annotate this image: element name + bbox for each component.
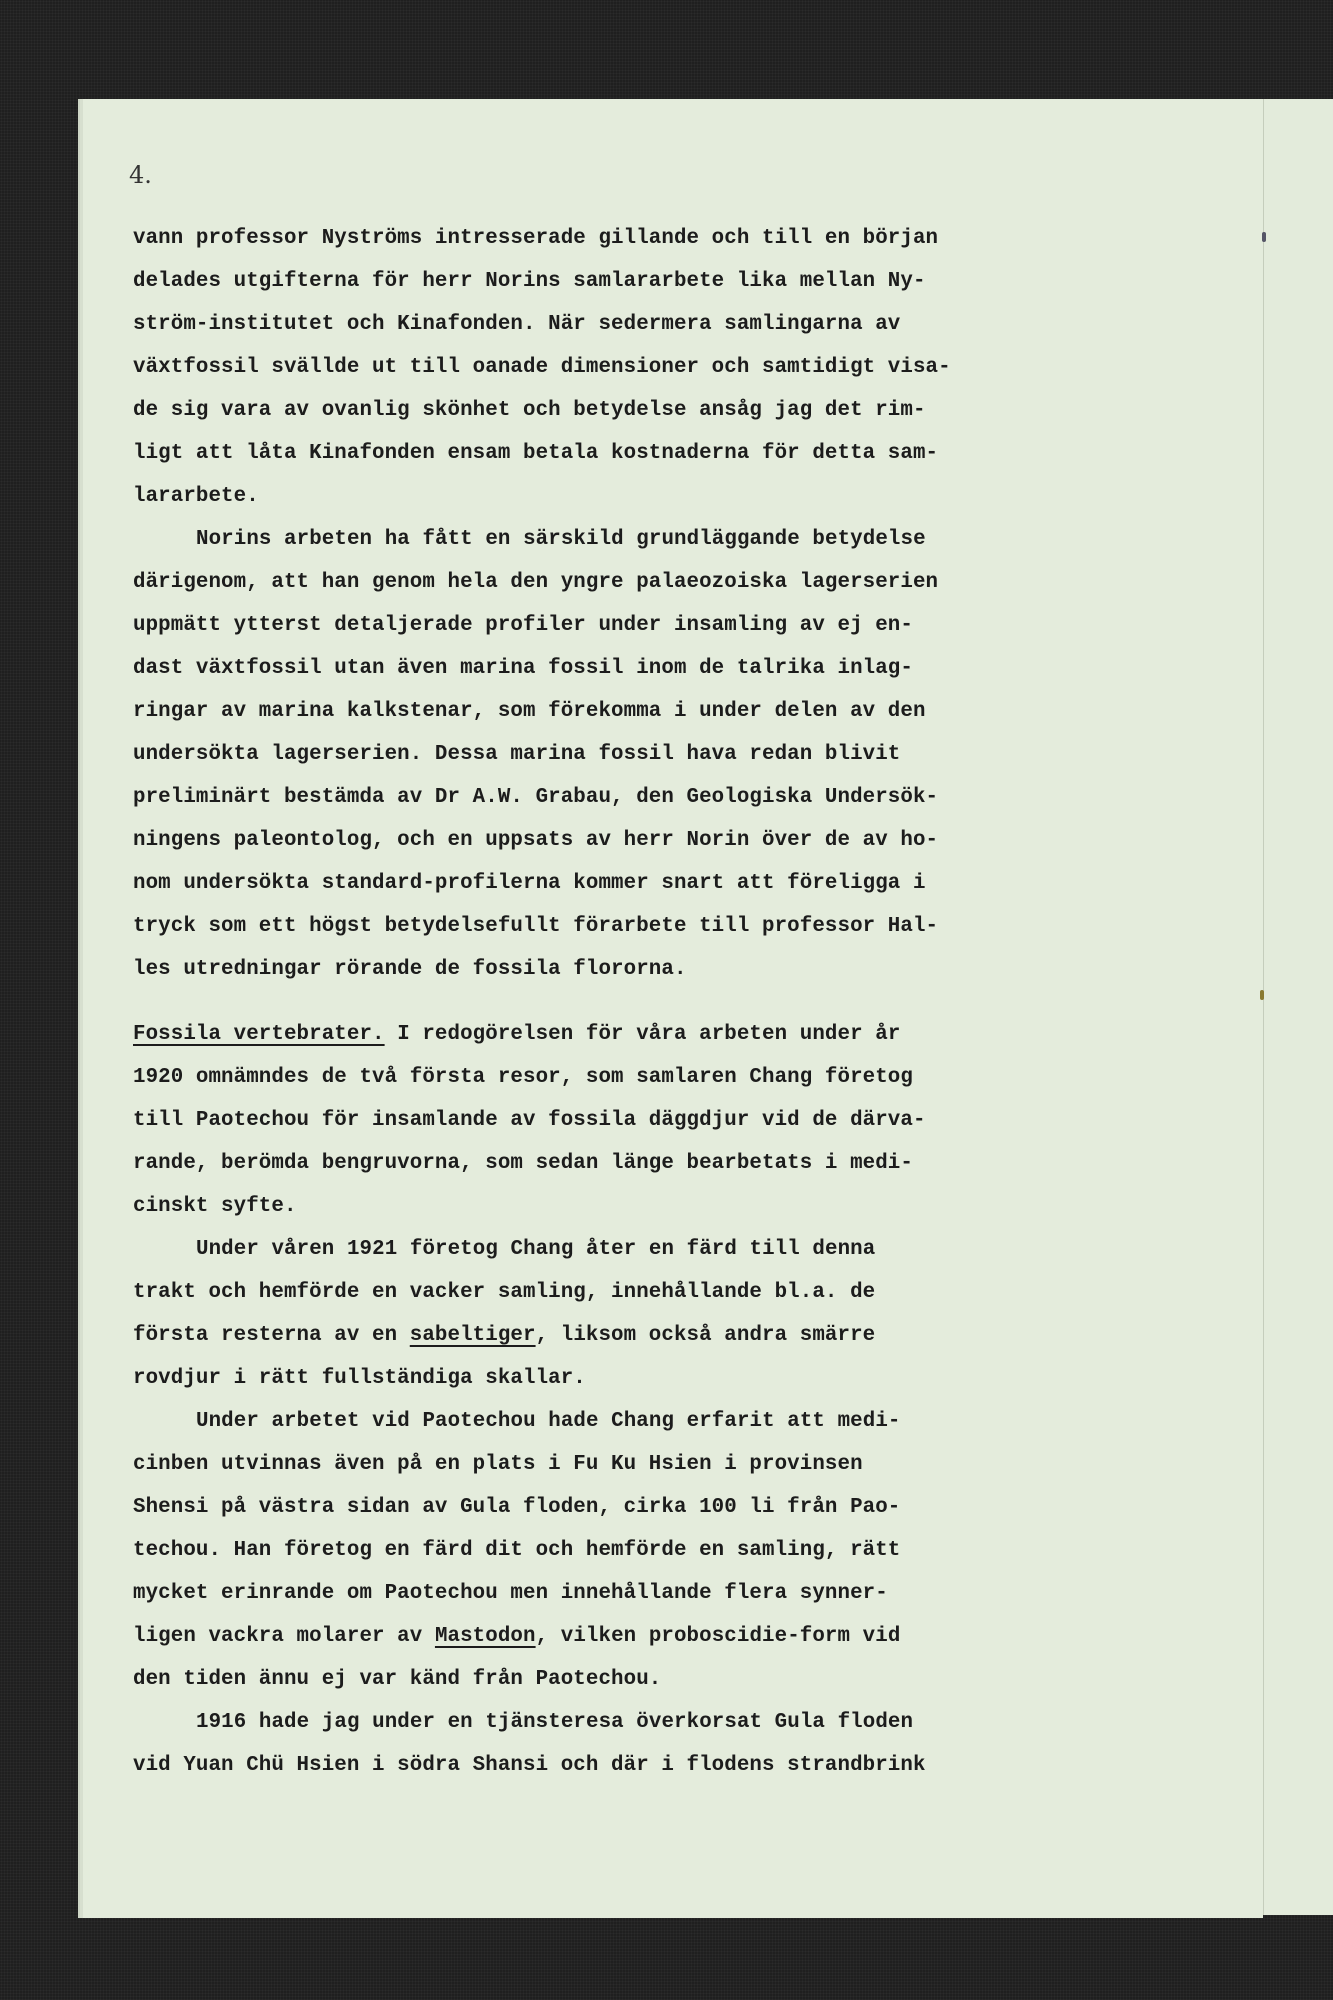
text-segment: , liksom också andra smärre <box>536 1324 876 1347</box>
underlined-term: sabeltiger <box>410 1324 536 1347</box>
paragraph: Fossila vertebrater. I redogörelsen för … <box>133 1013 1133 1228</box>
text-segment: första resterna av en <box>133 1324 410 1347</box>
text-line: techou. Han företog en färd dit och hemf… <box>133 1529 1133 1572</box>
text-line: tryck som ett högst betydelsefullt förar… <box>133 905 1133 948</box>
text-line: lararbete. <box>133 475 1133 518</box>
text-segment: ringar av marina kalkstenar, som förekom… <box>133 700 926 723</box>
text-line: ligt att låta Kinafonden ensam betala ko… <box>133 432 1133 475</box>
text-segment: ningens paleontolog, och en uppsats av h… <box>133 829 938 852</box>
text-line: trakt och hemförde en vacker samling, in… <box>133 1271 1133 1314</box>
paragraph: vann professor Nyströms intresserade gil… <box>133 217 1133 518</box>
underlined-term: Mastodon <box>435 1625 536 1648</box>
text-line: uppmätt ytterst detaljerade profiler und… <box>133 604 1133 647</box>
text-segment: Shensi på västra sidan av Gula floden, c… <box>133 1496 900 1519</box>
text-segment: vann professor Nyströms intresserade gil… <box>133 227 938 250</box>
section-heading: Fossila vertebrater. <box>133 1023 385 1046</box>
text-segment: rande, berömda bengruvorna, som sedan lä… <box>133 1152 913 1175</box>
text-line: växtfossil svällde ut till oanade dimens… <box>133 346 1133 389</box>
text-segment: cinskt syfte. <box>133 1195 297 1218</box>
document-page: 4. vann professor Nyströms intresserade … <box>83 99 1263 1918</box>
text-segment: les utredningar rörande de fossila floro… <box>133 958 687 981</box>
text-line: ligen vackra molarer av Mastodon, vilken… <box>133 1615 1133 1658</box>
text-segment: undersökta lagerserien. Dessa marina fos… <box>133 743 900 766</box>
ink-mark <box>1262 232 1266 242</box>
text-line: första resterna av en sabeltiger, liksom… <box>133 1314 1133 1357</box>
text-segment: trakt och hemförde en vacker samling, in… <box>133 1281 875 1304</box>
text-line: ningens paleontolog, och en uppsats av h… <box>133 819 1133 862</box>
text-segment: ligen vackra molarer av <box>133 1625 435 1648</box>
text-line: ringar av marina kalkstenar, som förekom… <box>133 690 1133 733</box>
text-line: rande, berömda bengruvorna, som sedan lä… <box>133 1142 1133 1185</box>
ink-mark <box>1260 990 1264 1000</box>
text-line: de sig vara av ovanlig skönhet och betyd… <box>133 389 1133 432</box>
page-number: 4. <box>129 161 152 189</box>
text-segment: ström-institutet och Kinafonden. När sed… <box>133 313 900 336</box>
text-segment: Under våren 1921 företog Chang åter en f… <box>196 1238 875 1261</box>
text-segment: vid Yuan Chü Hsien i södra Shansi och dä… <box>133 1754 926 1777</box>
text-line: till Paotechou för insamlande av fossila… <box>133 1099 1133 1142</box>
paragraph: Under arbetet vid Paotechou hade Chang e… <box>133 1400 1133 1701</box>
text-segment: Norins arbeten ha fått en särskild grund… <box>196 528 926 551</box>
text-segment: cinben utvinnas även på en plats i Fu Ku… <box>133 1453 863 1476</box>
text-segment: , vilken proboscidie-form vid <box>536 1625 901 1648</box>
text-segment: lararbete. <box>133 485 259 508</box>
text-line: ström-institutet och Kinafonden. När sed… <box>133 303 1133 346</box>
text-segment: ligt att låta Kinafonden ensam betala ko… <box>133 442 938 465</box>
text-line: vann professor Nyströms intresserade gil… <box>133 217 1133 260</box>
text-line: les utredningar rörande de fossila floro… <box>133 948 1133 991</box>
text-line: delades utgifterna för herr Norins samla… <box>133 260 1133 303</box>
text-segment: mycket erinrande om Paotechou men innehå… <box>133 1582 888 1605</box>
text-line: den tiden ännu ej var känd från Paotecho… <box>133 1658 1133 1701</box>
text-line: 1916 hade jag under en tjänsteresa överk… <box>133 1701 1133 1744</box>
text-segment: delades utgifterna för herr Norins samla… <box>133 270 926 293</box>
text-segment: techou. Han företog en färd dit och hemf… <box>133 1539 900 1562</box>
paragraph: Norins arbeten ha fått en särskild grund… <box>133 518 1133 991</box>
text-line: cinskt syfte. <box>133 1185 1133 1228</box>
text-line: Under våren 1921 företog Chang åter en f… <box>133 1228 1133 1271</box>
text-line: mycket erinrande om Paotechou men innehå… <box>133 1572 1133 1615</box>
text-line: Shensi på västra sidan av Gula floden, c… <box>133 1486 1133 1529</box>
text-segment: 1920 omnämndes de två första resor, som … <box>133 1066 913 1089</box>
text-line: Norins arbeten ha fått en särskild grund… <box>133 518 1133 561</box>
text-segment: rovdjur i rätt fullständiga skallar. <box>133 1367 586 1390</box>
text-segment: uppmätt ytterst detaljerade profiler und… <box>133 614 913 637</box>
paragraph: Under våren 1921 företog Chang åter en f… <box>133 1228 1133 1400</box>
next-page-edge <box>1263 99 1333 1915</box>
text-line: nom undersökta standard-profilerna komme… <box>133 862 1133 905</box>
text-line: cinben utvinnas även på en plats i Fu Ku… <box>133 1443 1133 1486</box>
text-segment: I redogörelsen för våra arbeten under år <box>385 1023 901 1046</box>
paragraph: 1916 hade jag under en tjänsteresa överk… <box>133 1701 1133 1787</box>
text-line: därigenom, att han genom hela den yngre … <box>133 561 1133 604</box>
text-segment: tryck som ett högst betydelsefullt förar… <box>133 915 938 938</box>
text-line: Fossila vertebrater. I redogörelsen för … <box>133 1013 1133 1056</box>
text-line: vid Yuan Chü Hsien i södra Shansi och dä… <box>133 1744 1133 1787</box>
text-line: rovdjur i rätt fullständiga skallar. <box>133 1357 1133 1400</box>
text-segment: nom undersökta standard-profilerna komme… <box>133 872 926 895</box>
text-segment: preliminärt bestämda av Dr A.W. Grabau, … <box>133 786 938 809</box>
text-segment: dast växtfossil utan även marina fossil … <box>133 657 913 680</box>
text-segment: växtfossil svällde ut till oanade dimens… <box>133 356 951 379</box>
text-segment: 1916 hade jag under en tjänsteresa överk… <box>196 1711 913 1734</box>
text-line: preliminärt bestämda av Dr A.W. Grabau, … <box>133 776 1133 819</box>
text-segment: Under arbetet vid Paotechou hade Chang e… <box>196 1410 901 1433</box>
text-line: dast växtfossil utan även marina fossil … <box>133 647 1133 690</box>
text-line: undersökta lagerserien. Dessa marina fos… <box>133 733 1133 776</box>
text-segment: de sig vara av ovanlig skönhet och betyd… <box>133 399 926 422</box>
document-body: vann professor Nyströms intresserade gil… <box>133 217 1133 1787</box>
text-line: 1920 omnämndes de två första resor, som … <box>133 1056 1133 1099</box>
text-segment: till Paotechou för insamlande av fossila… <box>133 1109 926 1132</box>
text-segment: därigenom, att han genom hela den yngre … <box>133 571 938 594</box>
text-segment: den tiden ännu ej var känd från Paotecho… <box>133 1668 661 1691</box>
text-line: Under arbetet vid Paotechou hade Chang e… <box>133 1400 1133 1443</box>
